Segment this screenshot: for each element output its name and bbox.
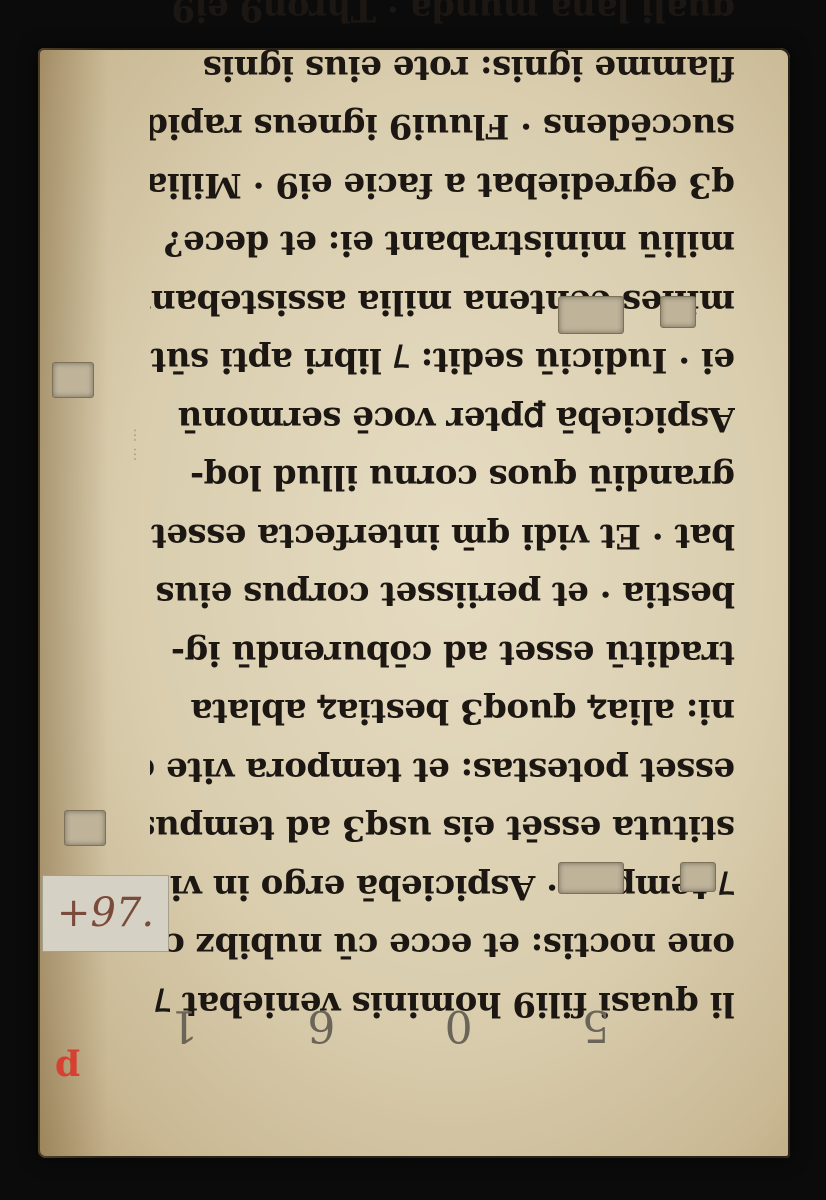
text-line: bestia · et periisset corpus eius et (150, 565, 735, 624)
manuscript-leaf: ... ... li quasi fili9 hominis veniebat … (38, 48, 790, 1158)
page-number: 5 0 6 1 (170, 1000, 610, 1051)
shelf-label: +97. (42, 875, 169, 952)
text-line: q3 egrediebat a facie ei9 · Milia (150, 156, 735, 215)
text-line: ⁊ tempus · Aspiciebā ergo in visi- (150, 858, 735, 917)
pencil-margin-note: ... ... (108, 428, 148, 748)
binding-tab-upper (52, 362, 94, 398)
text-line: ni: aliaꝝ quoq3 bestiaꝝ ablata (150, 682, 735, 741)
page-digit: 6 (307, 1000, 335, 1051)
binding-tab-top-right (660, 296, 696, 328)
binding-tab-top-center (558, 296, 624, 334)
text-line: stituta essēt eis usq3 ad tempus (150, 799, 735, 858)
binding-tab-bottom-right (680, 862, 716, 892)
binding-tab-bottom-center (558, 862, 624, 894)
text-line: Aspiciebā ꝑpter vocē sermonū (150, 390, 735, 449)
page-digit: 0 (445, 1000, 473, 1051)
page-digit: 1 (170, 1000, 198, 1051)
text-line: bat · Et vidi qm̄ interfecta esset (150, 507, 735, 566)
text-line: one noctis: et ecce cū nubibz ce- (150, 916, 735, 975)
red-ink-mark: p (55, 1048, 80, 1090)
text-line: ei · Iudiciū sedit: ⁊ libri apti sūt (150, 331, 735, 390)
text-line: quali lana munda · Thron9 ei9 (150, 0, 735, 39)
text-line: grandiū quos cornu illud loq- (150, 448, 735, 507)
text-line: succēdens · Fluui9 igneus rapidus (150, 97, 735, 156)
text-line: flamme ignis: rote eius ignis (150, 39, 735, 98)
page-digit: 5 (582, 1000, 610, 1051)
text-line: milies centena milia assistebant (150, 273, 735, 332)
blackletter-text-block: li quasi fili9 hominis veniebat ⁊ one no… (150, 48, 735, 1033)
text-line: traditū esset ad cōburendū ig- (150, 624, 735, 683)
text-line: esset potestas: et tempora vite cō- (150, 741, 735, 800)
binding-tab-lower (64, 810, 106, 846)
text-line: miliū ministrabant ei: et dece? (150, 214, 735, 273)
